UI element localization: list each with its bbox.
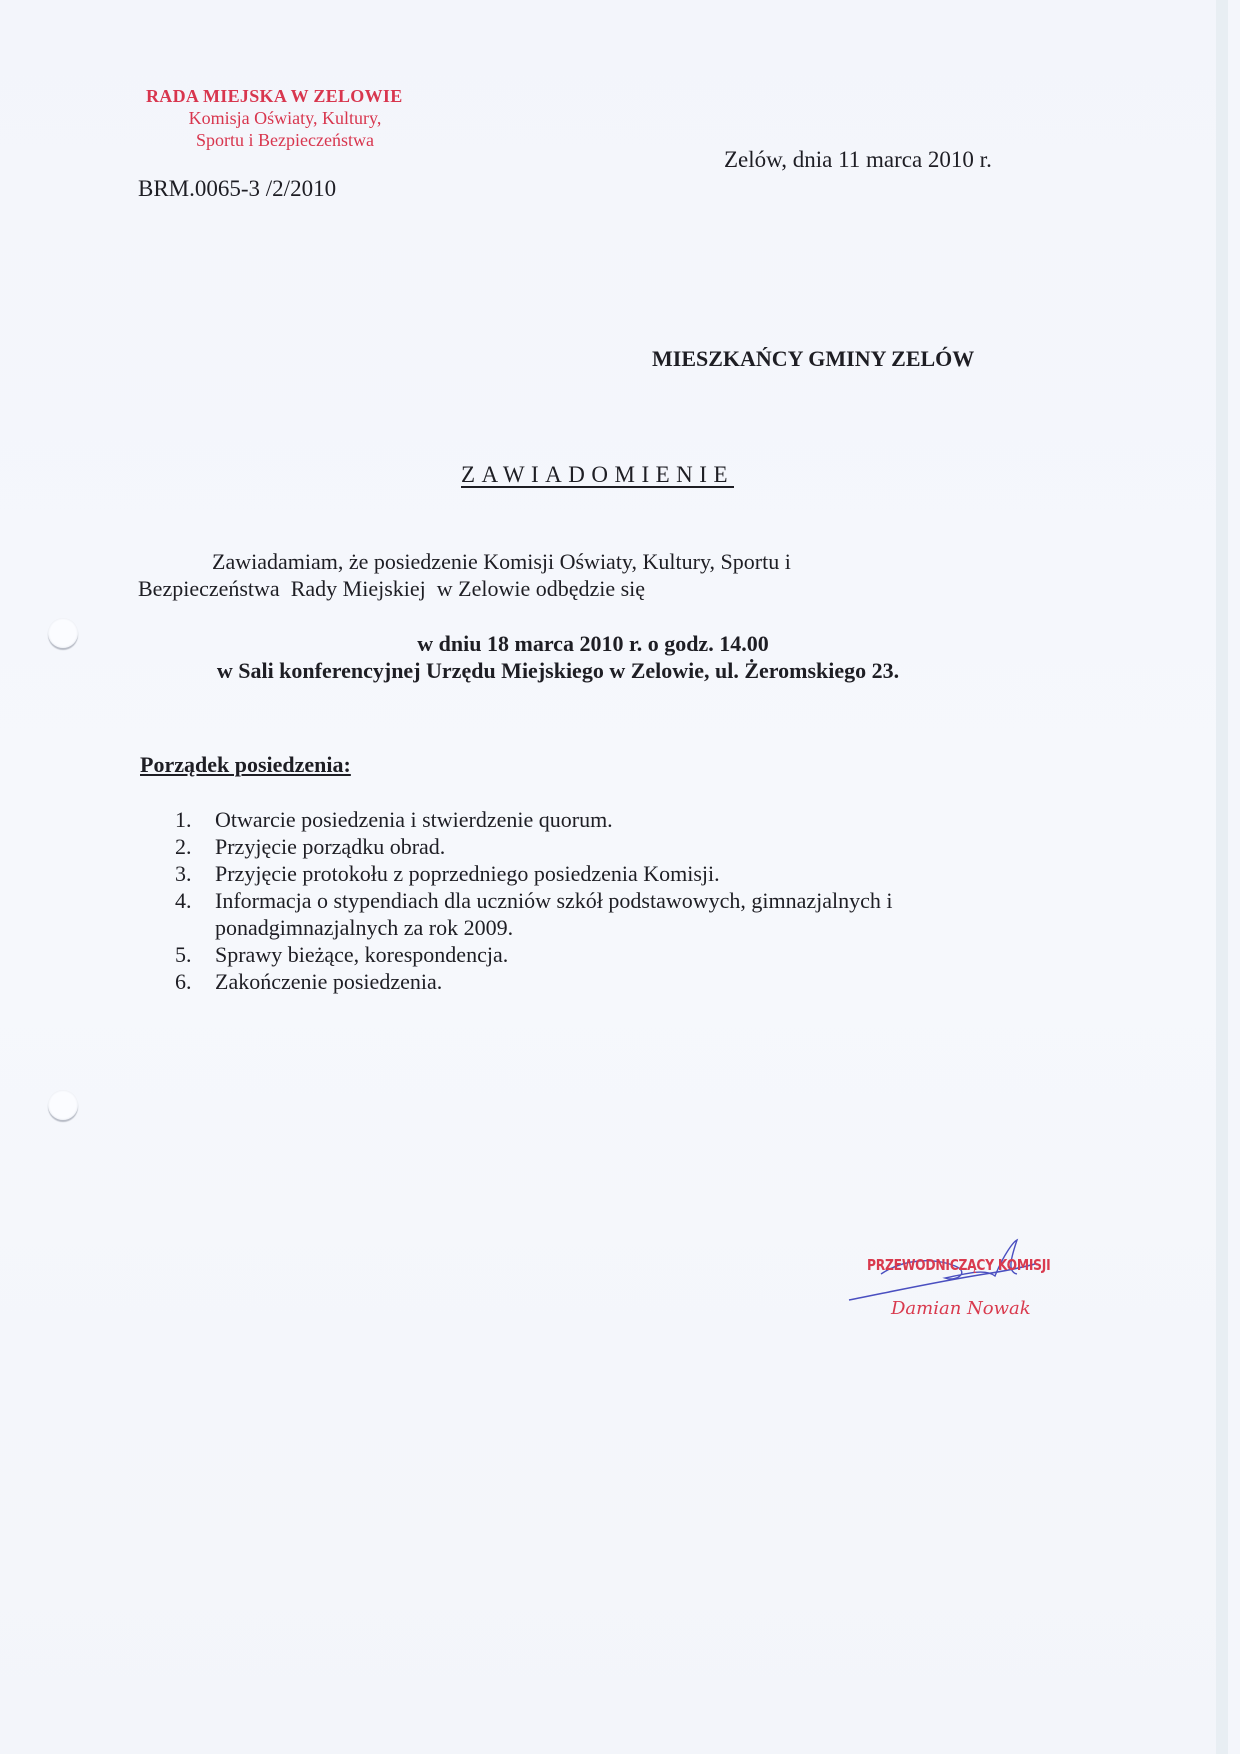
meeting-when: w dniu 18 marca 2010 r. o godz. 14.00 — [138, 630, 978, 657]
body-paragraph: Zawiadamiam, że posiedzenie Komisji Oświ… — [138, 548, 1018, 602]
agenda-item-number: 3. — [175, 860, 215, 887]
body-line-1: Zawiadamiam, że posiedzenie Komisji Oświ… — [212, 549, 791, 574]
stamp-council: RADA MIEJSKA W ZELOWIE — [120, 86, 450, 107]
agenda-item-number: 5. — [175, 941, 215, 968]
letterhead-stamp: RADA MIEJSKA W ZELOWIE Komisja Oświaty, … — [120, 86, 450, 151]
agenda-item: 3.Przyjęcie protokołu z poprzedniego pos… — [175, 860, 1035, 887]
signature-block: PRZEWODNICZĄCY KOMISJI Damian Nowak — [845, 1256, 1085, 1319]
meeting-details: w dniu 18 marca 2010 r. o godz. 14.00 w … — [138, 630, 978, 684]
agenda-item-number: 6. — [175, 968, 215, 995]
scan-edge — [1216, 0, 1228, 1754]
agenda-item-text: Przyjęcie porządku obrad. — [215, 833, 445, 860]
document-page: RADA MIEJSKA W ZELOWIE Komisja Oświaty, … — [0, 0, 1228, 1754]
punch-hole-icon — [48, 618, 78, 648]
body-line-2: Bezpieczeństwa Rady Miejskiej w Zelowie … — [138, 576, 645, 601]
stamp-committee: Komisja Oświaty, Kultury, — [120, 107, 450, 129]
addressee: MIESZKAŃCY GMINY ZELÓW — [652, 346, 974, 372]
agenda-item-number: 1. — [175, 806, 215, 833]
agenda-item-number: 2. — [175, 833, 215, 860]
signatory-role: PRZEWODNICZĄCY KOMISJI — [867, 1256, 1046, 1274]
punch-hole-icon — [48, 1090, 78, 1120]
agenda-item: 2.Przyjęcie porządku obrad. — [175, 833, 1035, 860]
agenda-item-number: 4. — [175, 887, 215, 941]
agenda-item: 5.Sprawy bieżące, korespondencja. — [175, 941, 1035, 968]
meeting-where: w Sali konferencyjnej Urzędu Miejskiego … — [138, 657, 978, 684]
document-heading: ZAWIADOMIENIE — [461, 462, 734, 488]
agenda-title: Porządek posiedzenia: — [140, 752, 351, 778]
place-date: Zelów, dnia 11 marca 2010 r. — [724, 147, 992, 173]
agenda-item-text: Zakończenie posiedzenia. — [215, 968, 442, 995]
agenda-list: 1.Otwarcie posiedzenia i stwierdzenie qu… — [175, 806, 1035, 995]
agenda-item: 1.Otwarcie posiedzenia i stwierdzenie qu… — [175, 806, 1035, 833]
stamp-committee-cont: Sportu i Bezpieczeństwa — [120, 129, 450, 151]
agenda-item-text: Informacja o stypendiach dla uczniów szk… — [215, 887, 1035, 941]
agenda-item: 4.Informacja o stypendiach dla uczniów s… — [175, 887, 1035, 941]
agenda-item-text: Otwarcie posiedzenia i stwierdzenie quor… — [215, 806, 613, 833]
agenda-item-text: Sprawy bieżące, korespondencja. — [215, 941, 508, 968]
agenda-item: 6.Zakończenie posiedzenia. — [175, 968, 1035, 995]
agenda-item-text: Przyjęcie protokołu z poprzedniego posie… — [215, 860, 720, 887]
reference-number: BRM.0065-3 /2/2010 — [138, 176, 336, 202]
